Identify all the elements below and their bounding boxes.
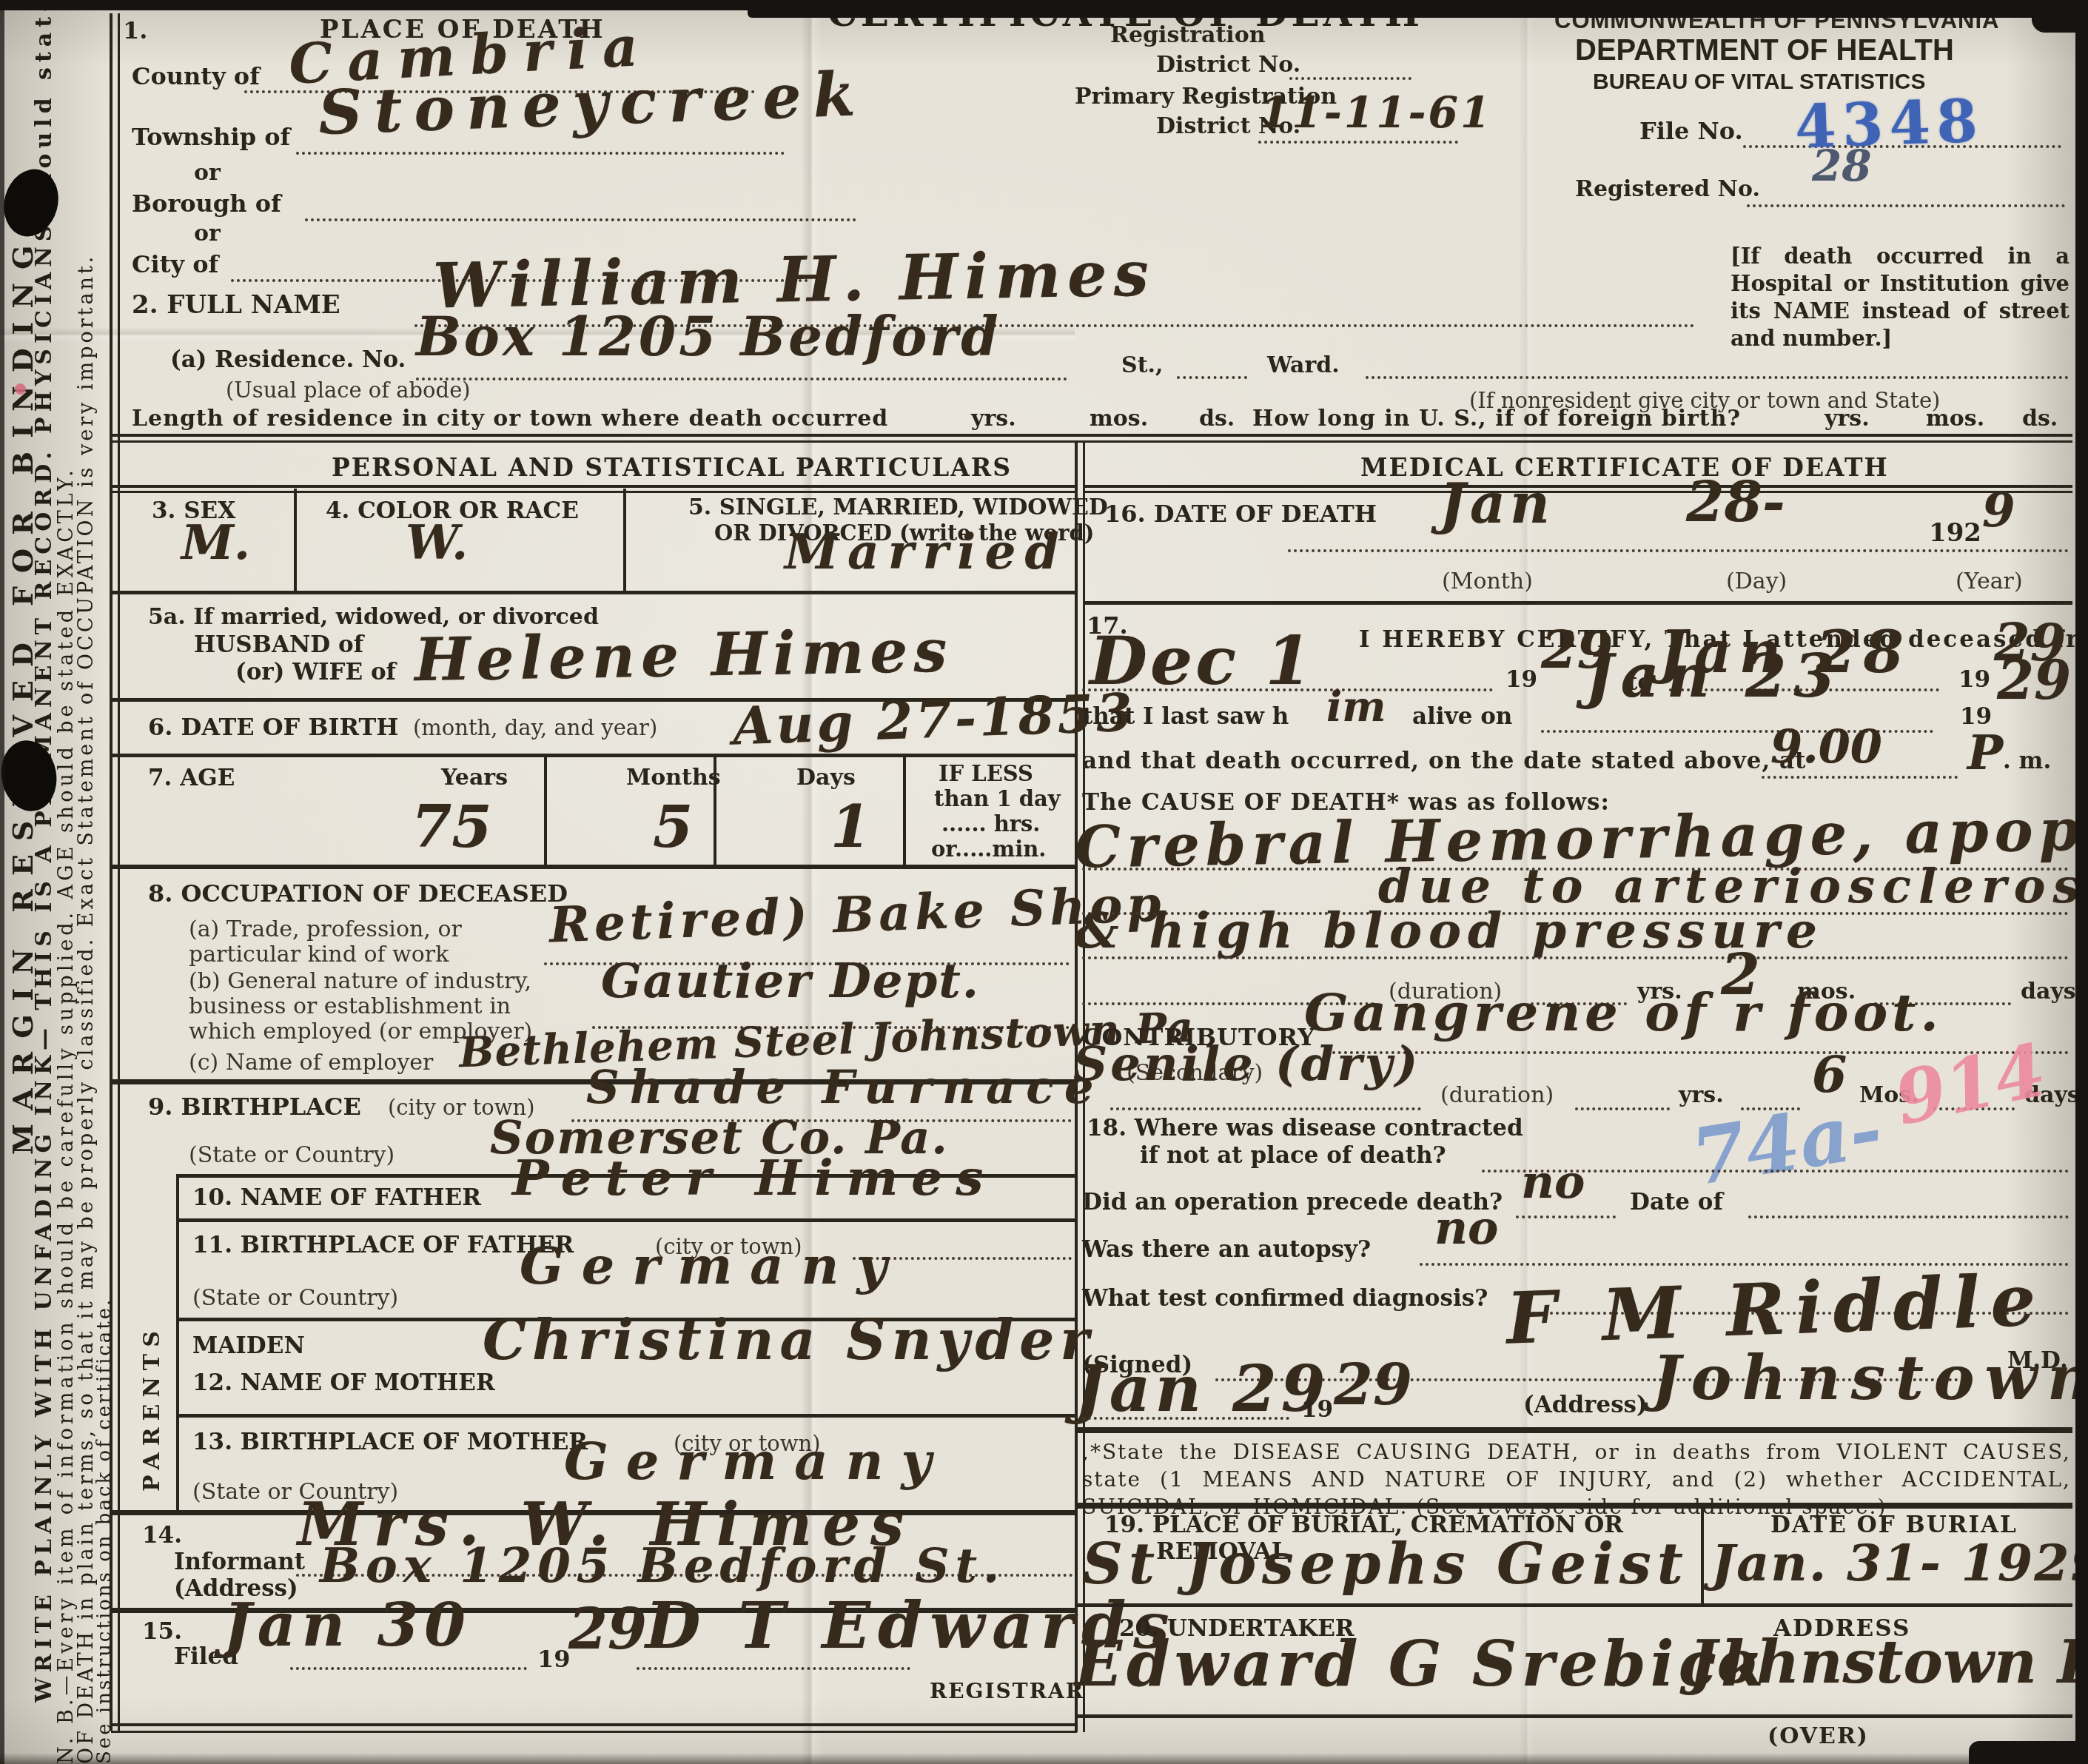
dob-note: (month, day, and year): [413, 715, 657, 740]
cell-divider: [903, 757, 906, 866]
autopsy-question: Was there an autopsy?: [1082, 1236, 1371, 1263]
birthplace-state-label: (State or Country): [189, 1142, 395, 1168]
if-less-label-4: or.....min.: [931, 836, 1046, 862]
cell-divider: [623, 489, 626, 592]
rule: [1078, 1427, 2072, 1433]
registration-label: Registration: [1110, 22, 1265, 48]
item-15-number: 15.: [142, 1618, 182, 1645]
sex-value: M.: [181, 515, 250, 571]
bottom-rule: [111, 1723, 1077, 1726]
attended-from-line: [1082, 688, 1493, 691]
bottom-rule: [111, 1731, 1077, 1733]
or-label: or: [194, 160, 221, 186]
wife-of-label: (or) WIFE of: [235, 659, 396, 685]
signed-date-dots: [1082, 1417, 1289, 1420]
undertaker-value: Edward G Srebick: [1075, 1627, 1768, 1700]
father-state-label: (State or Country): [192, 1285, 398, 1311]
rule: [1085, 601, 2072, 605]
last-saw-value: Jan 23: [1585, 641, 1842, 711]
registered-no-label: Registered No.: [1575, 176, 1760, 202]
father-birthplace-value: Germany: [520, 1235, 904, 1296]
residence-label: (a) Residence. No.: [170, 346, 406, 373]
filed-year-value: 29: [568, 1596, 647, 1662]
occupation-label: 8. OCCUPATION OF DECEASED: [148, 879, 568, 908]
test-question: What test confirmed diagnosis?: [1082, 1285, 1488, 1312]
margin-write-plainly-text: WRITE PLAINLY WITH UNFADING INK— THIS IS…: [31, 0, 57, 1703]
department-heading: DEPARTMENT OF HEALTH: [1575, 34, 1954, 67]
township-line: [296, 152, 785, 155]
parents-label: PARENTS: [139, 1324, 165, 1492]
cause-line-3: & high blood pressure: [1075, 902, 1824, 959]
duration2-dots: [1110, 1107, 1421, 1110]
ds-label: ds.: [2022, 406, 2058, 432]
duration2-dots-2: [1575, 1107, 1670, 1110]
occupation-a-label-2: particular kind of work: [189, 942, 449, 967]
mos-label: mos.: [1926, 406, 1984, 432]
age-months-label: Months: [626, 765, 721, 791]
occupation-c-label: (c) Name of employer: [189, 1050, 433, 1076]
last-saw-post: alive on: [1412, 703, 1512, 730]
month-note: (Month): [1442, 569, 1533, 594]
if-less-label-1: IF LESS: [939, 761, 1033, 786]
date-of-death-line: [1288, 549, 2069, 552]
date-of-death-label: 16. DATE OF DEATH: [1104, 500, 1377, 528]
death-month-value: Jan: [1440, 472, 1554, 536]
signed-year-value: 29: [1334, 1352, 1412, 1418]
signed-date-value: Jan 29: [1075, 1352, 1330, 1426]
year-note: (Year): [1956, 569, 2023, 594]
father-birthplace-label: 11. BIRTHPLACE OF FATHER: [192, 1232, 574, 1258]
last-saw-year: 29: [1997, 648, 2071, 711]
primary-district-line: [1258, 141, 1458, 144]
rule: [111, 865, 1077, 869]
death-day-value: 28-: [1686, 471, 1785, 534]
cause-line-3-dots: [1082, 956, 2069, 959]
marital-label-1: 5. SINGLE, MARRIED, WIDOWED: [688, 494, 1108, 520]
borough-line: [305, 218, 856, 221]
file-no-label: File No.: [1639, 117, 1743, 145]
rule: [1085, 485, 2072, 488]
scan-corner-bottom-right: [1969, 1741, 2088, 1764]
date-of-dots: [1748, 1215, 2069, 1218]
secondary-value: Senile (dry): [1073, 1036, 1420, 1092]
death-time-p: P: [1967, 725, 2003, 781]
rule: [176, 1414, 1077, 1418]
age-label: 7. AGE: [148, 765, 235, 791]
hospital-note: [If death occurred in a Hospital or Inst…: [1731, 243, 2069, 352]
parents-bracket-line: [176, 1174, 179, 1513]
day-note: (Day): [1726, 569, 1787, 594]
district-no-line: [1289, 77, 1411, 80]
filed-line: [290, 1667, 527, 1670]
rule: [111, 754, 1077, 757]
abode-note: (Usual place of abode): [226, 378, 471, 403]
duration-days-label: days: [2021, 979, 2076, 1005]
undertaker-address-value: Johnstown Pa.: [1689, 1627, 2088, 1697]
rule: [176, 1218, 1077, 1222]
yrs-label: yrs.: [971, 406, 1016, 432]
primary-district-value: 11-11-61: [1260, 87, 1492, 138]
filed-line-2: [637, 1667, 910, 1670]
year-19: 19: [1301, 1396, 1333, 1423]
st-label: St.,: [1121, 352, 1163, 378]
burial-date-value: Jan. 31- 1929: [1711, 1534, 2088, 1593]
length-residence-label: Length of residence in city or town wher…: [132, 406, 888, 432]
occupation-a-value: Retired) Bake Shop: [548, 874, 1166, 953]
scan-edge-bottom-shadow: [0, 1753, 2088, 1764]
mother-name-label: 12. NAME OF MOTHER: [192, 1369, 495, 1396]
rule: [1085, 491, 2072, 493]
operation-dots: [1516, 1215, 1616, 1218]
county-label: County of: [132, 62, 260, 90]
howlong-label: How long in U. S., if of foreign birth?: [1252, 406, 1741, 432]
margin-rule: [110, 13, 113, 1731]
scan-edge-right: [2075, 0, 2088, 1764]
if-less-label-3: ...... hrs.: [941, 811, 1040, 836]
last-saw-pre: that I last saw h: [1082, 703, 1289, 730]
age-years-value: 75: [412, 794, 492, 861]
contributory-value: Gangrene of r foot.: [1304, 982, 1943, 1043]
signed-address-label: (Address): [1523, 1392, 1648, 1418]
scan-edge-top-right: [748, 0, 2088, 18]
rule: [111, 485, 1077, 488]
husband-of-label: HUSBAND of: [194, 631, 363, 658]
item-14-number: 14.: [142, 1522, 182, 1549]
ward-line: [1366, 376, 2069, 379]
over-label: (OVER): [1768, 1723, 1869, 1749]
residence-value: Box 1205 Bedford: [416, 305, 1001, 368]
last-saw-him: im: [1326, 683, 1386, 731]
birthplace-value: Shade Furnace: [586, 1060, 1104, 1114]
filed-year-prefix: 19: [537, 1645, 571, 1673]
cell-divider: [714, 757, 716, 866]
margin-rule: [118, 13, 120, 1731]
age-days-value: 1: [830, 794, 870, 861]
date-of-label: Date of: [1630, 1189, 1723, 1215]
mother-name-value: Christina Snyder: [483, 1309, 1095, 1372]
father-name-value: Peter Himes: [512, 1149, 997, 1207]
age-days-label: Days: [796, 765, 856, 791]
registered-no-value: 28: [1812, 141, 1872, 191]
if-less-label-2: than 1 day: [934, 786, 1061, 811]
q18-line-2: if not at place of death?: [1140, 1142, 1446, 1169]
death-time-value: 9.00: [1770, 720, 1882, 774]
birthplace-label: 9. BIRTHPLACE: [148, 1093, 361, 1121]
section-rule: [111, 440, 2072, 443]
rule: [111, 491, 1077, 493]
occupation-a-label-1: (a) Trade, profession, or: [189, 916, 462, 942]
personal-section-title: PERSONAL AND STATISTICAL PARTICULARS: [332, 453, 1012, 482]
cell-divider: [544, 757, 547, 866]
rule: [1078, 1714, 2072, 1718]
district-no-label: District No.: [1156, 52, 1300, 78]
informant-address-value: Box 1205 Bedford St.: [320, 1538, 1005, 1594]
occupation-b-value: Gautier Dept.: [601, 953, 980, 1009]
ds-label: ds.: [1199, 406, 1235, 432]
scan-edge-left: [0, 0, 4, 1764]
death-time-m: . m.: [2003, 748, 2051, 774]
city-label: City of: [132, 250, 218, 278]
rule: [111, 591, 1077, 594]
year-19: 19: [1958, 666, 1990, 693]
spouse-value: Helene Himes: [414, 616, 953, 695]
rule: [1078, 1503, 2072, 1509]
township-label: Township of: [132, 123, 290, 151]
age-years-label: Years: [441, 765, 508, 791]
section-rule: [111, 434, 2072, 437]
dob-label: 6. DATE OF BIRTH: [148, 713, 399, 741]
mother-birthplace-label: 13. BIRTHPLACE OF MOTHER: [192, 1429, 588, 1455]
death-year-value: 9: [1982, 483, 2015, 538]
registered-no-line: [1747, 204, 2065, 207]
ward-label: Ward.: [1267, 352, 1340, 378]
scan-corner-top-right: [2032, 0, 2088, 33]
year-19: 19: [1505, 666, 1537, 693]
cause-footnote: ,*State the DISEASE CAUSING DEATH, or in…: [1082, 1439, 2071, 1521]
marital-value: Married: [785, 523, 1068, 580]
father-name-label: 10. NAME OF FATHER: [192, 1184, 481, 1211]
st-line: [1177, 376, 1247, 379]
filed-date-value: Jan 30: [224, 1590, 471, 1660]
signed-address-value: Johnstown: [1652, 1343, 2088, 1414]
burial-place-value: St Josephs Geist: [1082, 1531, 1689, 1597]
age-months-value: 5: [653, 794, 693, 861]
red-dot-mark: [15, 383, 26, 395]
death-time-line: [1762, 776, 1958, 779]
cell-divider: [294, 489, 297, 592]
autopsy-answer: no: [1434, 1201, 1498, 1255]
color-race-value: W.: [406, 515, 468, 571]
mother-birthplace-value: Germany: [564, 1430, 949, 1492]
operation-answer: no: [1521, 1155, 1585, 1209]
mos-label: mos.: [1090, 406, 1148, 432]
maiden-label: MAIDEN: [192, 1332, 305, 1359]
burial-cell-divider: [1701, 1509, 1704, 1605]
residence-line: [416, 378, 1067, 380]
death-occurred-text: and that death occurred, on the date sta…: [1082, 748, 1806, 774]
red-pencil-annotation: 914: [1887, 1027, 2053, 1142]
yrs-label: yrs.: [1825, 406, 1870, 432]
duration2-label: (duration): [1440, 1082, 1554, 1108]
informant-label: Informant: [174, 1549, 305, 1575]
death-year-prefix: 192: [1929, 518, 1981, 548]
q18-line-1: 18. Where was disease contracted: [1087, 1115, 1523, 1141]
death-certificate-scan: MARGIN RESERVED FOR BINDING WRITE PLAINL…: [0, 0, 2088, 1764]
borough-label: Borough of: [132, 190, 281, 218]
occupation-b-label-1: (b) General nature of industry,: [189, 968, 531, 994]
occupation-b-label-2: business or establishment in: [189, 993, 511, 1019]
item-1-number: 1.: [123, 16, 147, 44]
registrar-label: REGISTRAR: [930, 1679, 1084, 1703]
duration2-yrs-label: yrs.: [1679, 1082, 1724, 1108]
rule: [1078, 1603, 2072, 1607]
or-label: or: [194, 221, 221, 247]
full-name-label: 2. FULL NAME: [132, 290, 340, 320]
